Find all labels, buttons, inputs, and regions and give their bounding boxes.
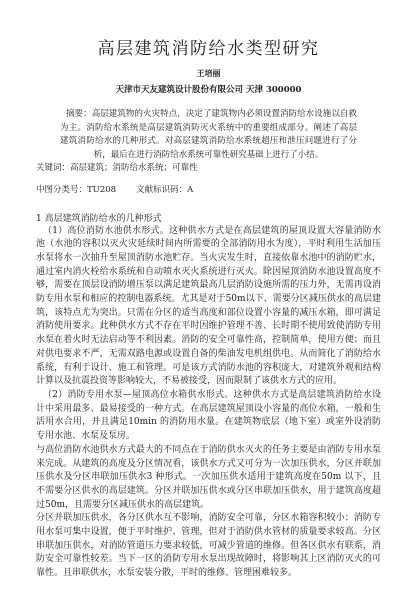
keywords-text: 高层建筑；消防给水系统；可靠性 [70,163,198,173]
classification-line: 中图分类号：TU208文献标识码：A [36,184,381,198]
author-name: 王培丽 [36,68,381,79]
abstract-paragraph: 摘要：高层建筑物的火灾特点，决定了建筑物内必须设置消防给水设施以自救为主。消防给… [60,108,357,162]
abstract-text: 高层建筑物的火灾特点，决定了建筑物内必须设置消防给水设施以自救为主。消防给水系统… [60,109,357,160]
doc-code-value: A [187,185,193,195]
author-affiliation: 天津市天友建筑设计股份有限公司 天津 300000 [36,83,381,95]
clc-label: 中图分类号： [36,185,87,195]
paper-title: 高层建筑消防给水类型研究 [36,34,381,59]
body-paragraph-2: （2）消防专用水泵—屋顶高位水箱供水形式。这种供水方式是高层建筑消防给水设计中采… [36,389,381,444]
keywords-line: 关键词：高层建筑；消防给水系统；可靠性 [36,162,381,176]
doc-code-label: 文献标识码： [136,185,187,195]
body-paragraph-4: 分区并联加压供水，各分区供水互不影响，消防安全可靠，分区水箱容积较小；消防专用水… [36,512,381,581]
body-paragraph-3: 与高位消防水池供水方式最大的不同点在于消防供水灭火的任务主要是由消防专用水泵来完… [36,444,381,513]
body-paragraph-1: （1）高位消防水池供水形式。这种供水方式是在高层建筑的屋顶设置大容量消防水池（水… [36,225,381,389]
section-1-heading: 1 高层建筑消防给水的几种形式 [36,211,381,224]
clc-value: TU208 [87,185,116,195]
abstract-label: 摘要： [66,109,92,119]
paper-page: 高层建筑消防给水类型研究 王培丽 天津市天友建筑设计股份有限公司 天津 3000… [0,0,417,590]
keywords-label: 关键词： [36,163,70,173]
